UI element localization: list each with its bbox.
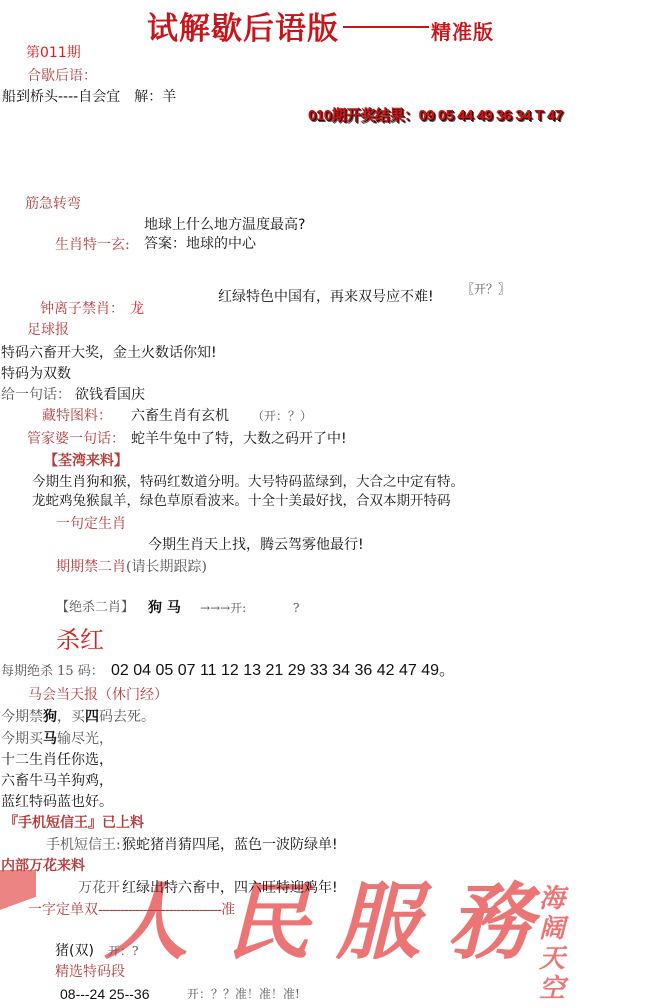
text-bold: 四 <box>85 709 99 725</box>
watermark-char: 服 <box>336 880 420 964</box>
single-double-end: 准 <box>221 902 235 918</box>
page-title: 试解歇后语版精准版 <box>147 14 494 45</box>
ban-two-line: 期期禁二肖(请长期跟踪) <box>56 560 207 574</box>
one-sentence-text: 欲钱看国庆 <box>75 388 145 402</box>
football-line: 特码为双数 <box>1 367 71 381</box>
hidden-chart-label: 藏特图料： <box>42 409 112 423</box>
pig-open: 开：? <box>108 945 138 957</box>
watermark-char: 務 <box>448 880 532 964</box>
title-dash <box>343 26 429 28</box>
kill-two-label: 【绝杀二肖】 <box>56 601 134 614</box>
kill-15-numbers: 02 04 05 07 11 12 13 21 29 33 34 36 42 4… <box>111 663 455 679</box>
single-double-line: 一字定单双---------------------------------准 <box>28 903 235 917</box>
hint-open: 〖开？〗 <box>462 283 510 295</box>
xiehouyu-answer: 羊 <box>162 89 176 105</box>
pig-value: 猪(双) <box>55 944 94 958</box>
text-segment: 今期买 <box>1 731 43 747</box>
zhong-li-zi-value: 龙 <box>130 302 144 316</box>
xiehouyu-label: 合歇后语： <box>27 69 97 83</box>
hint-line: 红绿特色中国有，再来双号应不难! <box>218 290 434 304</box>
text-bold: 狗 <box>43 709 57 725</box>
housekeeper-label: 管家婆一句话： <box>27 432 125 446</box>
title-subtitle: 精准版 <box>431 20 494 44</box>
last-draw-result: 010期开奖结果：09 05 44 49 36 34 T 47 <box>308 108 563 123</box>
segment-open: 开：？？准！准！准! <box>187 988 300 1000</box>
sms-king-label: 『手机短信王』已上料 <box>4 816 144 830</box>
brain-teaser-question: 地球上什么地方温度最高? <box>144 218 305 232</box>
watermark-column: 海阔天空 <box>537 884 567 1004</box>
issue-number: 第011期 <box>26 46 81 60</box>
kill-two-open: ? <box>293 602 299 614</box>
text-segment: 今期禁 <box>1 709 43 725</box>
horse-news-line: 今期买马输尽光， <box>1 732 113 746</box>
single-double-label: 一字定单双 <box>28 902 98 918</box>
housekeeper-text: 蛇羊牛兔中了特，大数之码开了中! <box>131 432 347 446</box>
horse-news-line: 十二生肖任你选， <box>1 753 113 767</box>
single-double-dashes: --------------------------------- <box>98 902 221 918</box>
wanhua-sub-label: 万花开 <box>78 881 120 895</box>
text-bold: 马 <box>43 731 57 747</box>
text-segment: 码去死。 <box>99 709 155 725</box>
ban-two-label: 期期禁二肖 <box>56 559 126 575</box>
wanhua-text: 红绿出特六畜中，四六旺特迎鸡年! <box>122 881 338 895</box>
xiehouyu-answer-label: 解： <box>134 89 162 105</box>
brain-teaser-label: 筋急转弯 <box>25 197 81 211</box>
kill-two-arrow: →→→开: <box>200 602 246 614</box>
quanwan-line: 龙蛇鸡兔猴鼠羊，绿色草原看波来。十全十美最好找，合双本期开特码 <box>32 495 451 509</box>
hidden-chart-text: 六畜生肖有玄机 <box>131 409 229 423</box>
brain-teaser-answer: 答案：地球的中心 <box>144 237 256 251</box>
quanwan-label: 【荃湾来料】 <box>44 454 128 468</box>
horse-news-label: 马会当天报（休门经） <box>28 688 168 702</box>
one-zodiac-text: 今期生肖天上找，腾云驾雾他最行! <box>148 538 364 552</box>
hidden-chart-open: （开：？） <box>252 410 312 422</box>
sms-king-text: 猴蛇猪肖猜四尾，蓝色一波防绿单! <box>122 838 338 852</box>
kill-two-value: 狗 马 <box>148 601 181 615</box>
xiehouyu-line: 船到桥头----自会宜解：羊 <box>2 90 176 104</box>
zodiac-label: 生肖特一玄: <box>55 238 130 252</box>
kill-color: 杀红 <box>56 628 104 652</box>
horse-news-line: 蓝红特码蓝也好。 <box>1 795 113 809</box>
quanwan-line: 今期生肖狗和猴，特码红数道分明。大号特码蓝绿到，大合之中定有特。 <box>32 476 464 490</box>
zhong-li-zi-label: 钟离子禁肖： <box>40 302 124 316</box>
football-line: 特码六畜开大奖，金土火数话你知! <box>1 346 217 360</box>
wanhua-label: 内部万花来料 <box>1 859 85 873</box>
one-sentence-label: 给一句话： <box>1 388 71 402</box>
sms-king-sub-label: 手机短信王: <box>46 838 121 852</box>
horse-news-line: 今期禁狗，买四码去死。 <box>1 710 155 724</box>
xiehouyu-text: 船到桥头----自会宜 <box>2 89 120 105</box>
kill-15-label: 每期绝杀 15 码： <box>1 665 104 678</box>
segment-label: 精选特码段 <box>55 965 125 979</box>
horse-news-line: 六畜牛马羊狗鸡， <box>1 774 113 788</box>
ban-two-note: (请长期跟踪) <box>126 559 207 575</box>
segment-value: 08---24 25--36 <box>60 987 150 1001</box>
one-zodiac-label: 一句定生肖 <box>56 517 126 531</box>
watermark-stroke <box>0 870 36 990</box>
football-label: 足球报 <box>27 323 69 337</box>
title-main: 试解歇后语版 <box>147 11 339 47</box>
text-segment: ，买 <box>57 709 85 725</box>
text-segment: 输尽光， <box>57 731 113 747</box>
